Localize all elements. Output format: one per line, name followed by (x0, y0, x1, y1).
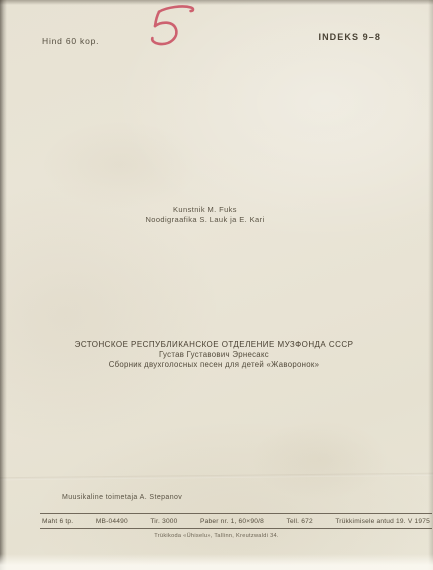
book-back-cover: Hind 60 kop. INDEKS 9–8 Kunstnik M. Fuks… (0, 0, 433, 570)
page-edge-left (0, 0, 7, 570)
page-edge-top (0, 0, 433, 5)
author-name: Густав Густавович Эрнесакс (0, 350, 428, 360)
artist-credit: Kunstnik M. Fuks (0, 205, 410, 215)
printer-line: Trükikoda «Ühiselu», Tallinn, Kreutzwald… (0, 533, 433, 539)
imprint-rule-bottom (40, 528, 432, 529)
handwritten-number-5 (138, 0, 201, 50)
publisher-organization: ЭСТОНСКОЕ РЕСПУБЛИКАНСКОЕ ОТДЕЛЕНИЕ МУЗФ… (0, 339, 428, 350)
credits-block: Kunstnik M. Fuks Noodigraafika S. Lauk j… (0, 205, 410, 225)
imprint-row: Maht 6 tp. MB-04490 Tir. 3000 Paber nr. … (40, 514, 432, 528)
paper-stain (40, 120, 200, 210)
editor-line: Muusikaline toimetaja A. Stepanov (62, 494, 182, 501)
imprint-mb-number: MB-04490 (96, 518, 128, 525)
engraving-credit: Noodigraafika S. Lauk ja E. Kari (0, 215, 410, 225)
page-edge-right (428, 0, 433, 570)
publisher-block: ЭСТОНСКОЕ РЕСПУБЛИКАНСКОЕ ОТДЕЛЕНИЕ МУЗФ… (0, 339, 428, 370)
book-title: Сборник двухголосных песен для детей «Жа… (0, 360, 428, 370)
imprint-paper: Paber nr. 1, 60×90/8 (200, 518, 264, 525)
imprint-order: Tell. 672 (286, 518, 312, 525)
imprint-tirazh: Tir. 3000 (150, 518, 177, 525)
imprint-box: Maht 6 tp. MB-04490 Tir. 3000 Paber nr. … (40, 513, 432, 529)
imprint-maht: Maht 6 tp. (42, 518, 73, 525)
paper-stain (250, 420, 390, 500)
index-label: INDEKS 9–8 (318, 32, 381, 42)
paper-crease (0, 473, 433, 481)
price-label: Hind 60 kop. (42, 36, 99, 46)
page-edge-bottom (0, 554, 433, 570)
imprint-print-date: Trükkimisele antud 19. V 1975 (335, 518, 430, 525)
